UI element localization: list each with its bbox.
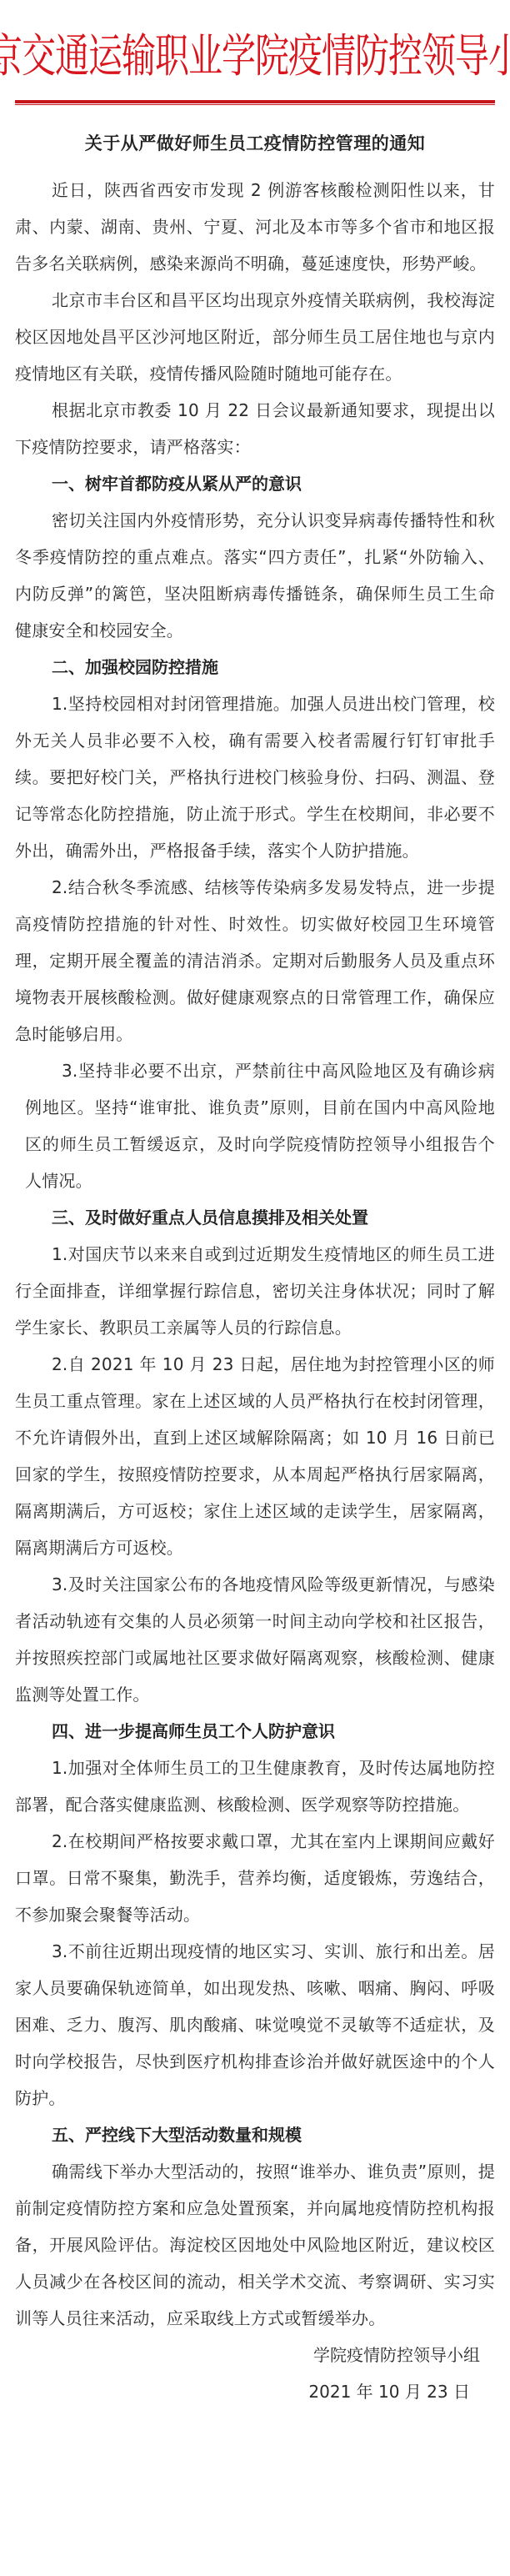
section-paragraph: 1.坚持校园相对封闭管理措施。加强人员进出校门管理，校外无关人员非必要不入校，确… (15, 685, 495, 869)
section-3: 三、及时做好重点人员信息摸排及相关处置 1.对国庆节以来来自或到过近期发生疫情地… (15, 1199, 495, 1713)
section-paragraph: 3.及时关注国家公布的各地疫情风险等级更新情况，与感染者活动轨迹有交集的人员必须… (15, 1566, 495, 1713)
section-heading: 一、树牢首都防疫从紧从严的意识 (15, 465, 495, 502)
masthead: 北京交通运输职业学院疫情防控领导小组 (0, 0, 510, 98)
section-heading: 五、严控线下大型活动数量和规模 (15, 2117, 495, 2153)
signature-date: 2021 年 10 月 23 日 (15, 2373, 495, 2410)
intro-paragraph-3: 根据北京市教委 10 月 22 日会议最新通知要求，现提出以下疫情防控要求，请严… (15, 392, 495, 465)
section-2: 二、加强校园防控措施 1.坚持校园相对封闭管理措施。加强人员进出校门管理，校外无… (15, 649, 495, 1199)
section-paragraph: 3.不前往近期出现疫情的地区实习、实训、旅行和出差。居家人员要确保轨迹简单，如出… (15, 1933, 495, 2117)
signature-organization: 学院疫情防控领导小组 (15, 2337, 495, 2373)
section-1: 一、树牢首都防疫从紧从严的意识 密切关注国内外疫情形势，充分认识变异病毒传播特性… (15, 465, 495, 649)
document-body: 近日，陕西省西安市发现 2 例游客核酸检测阳性以来，甘肃、内蒙、湖南、贵州、宁夏… (0, 172, 510, 2410)
section-heading: 四、进一步提高师生员工个人防护意识 (15, 1713, 495, 1750)
section-paragraph: 密切关注国内外疫情形势，充分认识变异病毒传播特性和秋冬季疫情防控的重点难点。落实… (15, 502, 495, 649)
section-paragraph: 确需线下举办大型活动的，按照“谁举办、谁负责”原则，提前制定疫情防控方案和应急处… (15, 2153, 495, 2337)
section-paragraph: 3.坚持非必要不出京，严禁前往中高风险地区及有确诊病例地区。坚持“谁审批、谁负责… (15, 1052, 495, 1199)
section-4: 四、进一步提高师生员工个人防护意识 1.加强对全体师生员工的卫生健康教育，及时传… (15, 1713, 495, 2117)
section-paragraph: 2.在校期间严格按要求戴口罩，尤其在室内上课期间应戴好口罩。日常不聚集，勤洗手，… (15, 1823, 495, 1933)
section-5: 五、严控线下大型活动数量和规模 确需线下举办大型活动的，按照“谁举办、谁负责”原… (15, 2117, 495, 2337)
section-paragraph: 2.自 2021 年 10 月 23 日起，居住地为封控管理小区的师生员工重点管… (15, 1346, 495, 1566)
section-heading: 三、及时做好重点人员信息摸排及相关处置 (15, 1199, 495, 1236)
section-paragraph: 2.结合秋冬季流感、结核等传染病多发易发特点，进一步提高疫情防控措施的针对性、时… (15, 869, 495, 1052)
intro-paragraph-1: 近日，陕西省西安市发现 2 例游客核酸检测阳性以来，甘肃、内蒙、湖南、贵州、宁夏… (15, 172, 495, 282)
intro-paragraph-2: 北京市丰台区和昌平区均出现京外疫情关联病例，我校海淀校区因地处昌平区沙河地区附近… (15, 282, 495, 392)
section-paragraph: 1.对国庆节以来来自或到过近期发生疫情地区的师生员工进行全面排查，详细掌握行踪信… (15, 1236, 495, 1346)
masthead-title: 北京交通运输职业学院疫情防控领导小组 (0, 18, 510, 85)
document-title: 关于从严做好师生员工疫情防控管理的通知 (0, 130, 510, 160)
section-paragraph: 1.加强对全体师生员工的卫生健康教育，及时传达属地防控部署，配合落实健康监测、核… (15, 1750, 495, 1823)
section-heading: 二、加强校园防控措施 (15, 649, 495, 685)
red-divider-rule (15, 100, 495, 105)
